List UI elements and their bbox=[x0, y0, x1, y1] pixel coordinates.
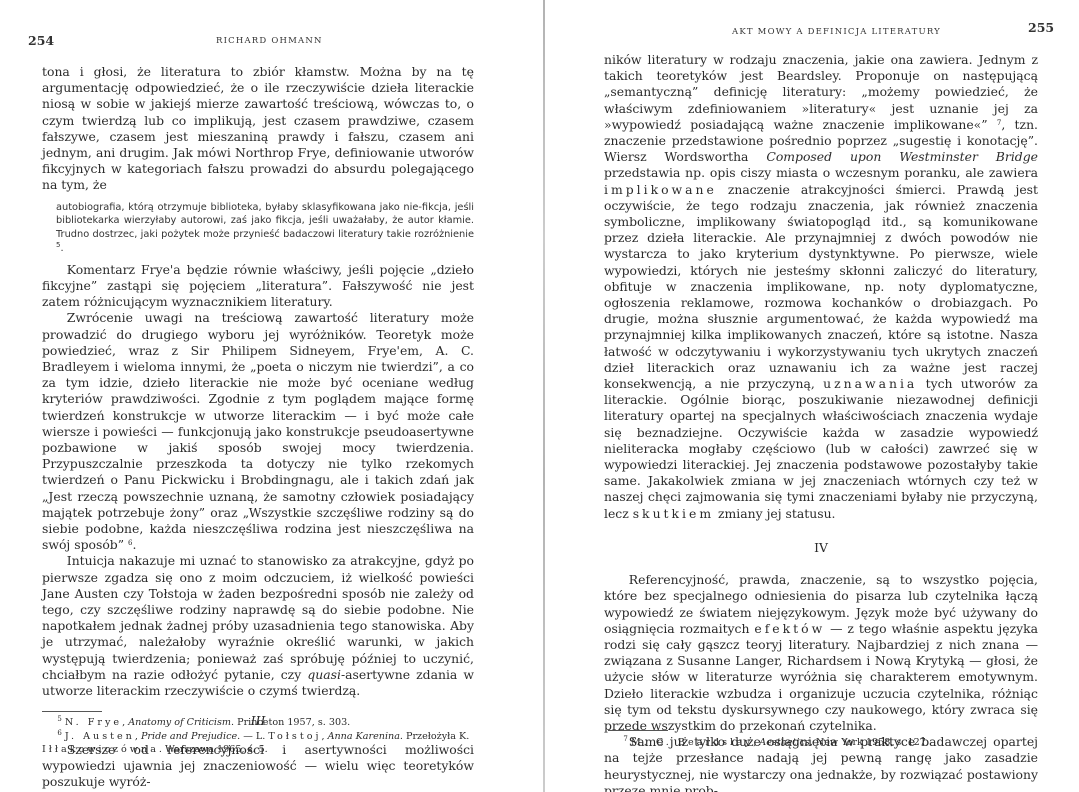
paragraph: Zwrócenie uwagi na treściową zawartość l… bbox=[42, 310, 474, 553]
footnotes: 5 N. Frye, Anatomy of Criticism. Princet… bbox=[42, 716, 474, 757]
running-head: RICHARD OHMANN bbox=[216, 36, 323, 46]
emphasized-term: efektów bbox=[754, 621, 825, 636]
footnote-title: Aesthetics bbox=[759, 737, 809, 748]
quote-text: autobiografia, którą otrzymuje bibliotek… bbox=[56, 202, 474, 241]
footnote-number: 5 bbox=[57, 715, 61, 723]
paragraph: Referencyjność, prawda, znaczenie, są to… bbox=[604, 572, 1038, 734]
paragraph-text: tych utworów za literackie. Ogólnie bior… bbox=[604, 376, 1038, 521]
paragraph-text: zmiany jej statusu. bbox=[714, 506, 835, 521]
footnote-translator: Iłłakowiczówna bbox=[42, 744, 159, 755]
paragraph: tona i głosi, że literatura to zbiór kła… bbox=[42, 64, 474, 194]
body-text: tona i głosi, że literatura to zbiór kła… bbox=[42, 64, 474, 790]
emphasized-term: implikowane bbox=[604, 182, 717, 197]
footnote-title: Pride and Prejudice bbox=[141, 731, 237, 742]
footnote-number: 7 bbox=[623, 735, 627, 743]
footnote-rule bbox=[42, 711, 102, 712]
running-head: AKT MOWY A DEFINICJA LITERATURY bbox=[732, 27, 941, 37]
footnote-text: . Warszawa 1965, s. 5. bbox=[159, 744, 268, 755]
footnote: 5 N. Frye, Anatomy of Criticism. Princet… bbox=[42, 716, 474, 730]
footnote-rule bbox=[608, 730, 668, 731]
footnote-ref[interactable]: 6 bbox=[128, 539, 132, 547]
paragraph: Komentarz Frye'a będzie równie właściwy,… bbox=[42, 262, 474, 311]
section-heading: IV bbox=[604, 540, 1038, 556]
emphasized-term: skutkiem bbox=[633, 506, 714, 521]
right-page: AKT MOWY A DEFINICJA LITERATURY 255 nikó… bbox=[540, 0, 1079, 792]
footnote-ref[interactable]: 5 bbox=[56, 241, 60, 249]
footnote-title: Anna Karenina bbox=[328, 731, 400, 742]
footnote-author: J. Austen bbox=[65, 731, 135, 742]
footnote: 6 J. Austen, Pride and Prejudice. — L. T… bbox=[42, 730, 474, 757]
footnote: 7 M. C. Beardsley, Aesthetics. New York … bbox=[608, 736, 1038, 750]
left-page: 254 RICHARD OHMANN tona i głosi, że lite… bbox=[0, 0, 540, 792]
footnote-author: N. Frye bbox=[65, 717, 122, 728]
paragraph: ników literatury w rodzaju znaczenia, ja… bbox=[604, 52, 1038, 522]
footnote-text: . New York 1958, s. 127. bbox=[810, 737, 929, 748]
footnotes: 7 M. C. Beardsley, Aesthetics. New York … bbox=[608, 736, 1038, 750]
paragraph-text: ników literatury w rodzaju znaczenia, ja… bbox=[604, 52, 1038, 132]
page-number: 254 bbox=[28, 33, 54, 48]
paragraph: Intuicja nakazuje mi uznać to stanowisko… bbox=[42, 553, 474, 699]
footnote-author: Tołstoj bbox=[268, 731, 321, 742]
footnote-text: . Princeton 1957, s. 303. bbox=[231, 717, 350, 728]
paragraph-text: przedstawia np. opis ciszy miasta o wcze… bbox=[604, 165, 1038, 180]
paragraph-text: Intuicja nakazuje mi uznać to stanowisko… bbox=[42, 553, 474, 681]
footnote-text: . — L. bbox=[237, 731, 268, 742]
paragraph-text: znaczenie atrakcyjności śmierci. Prawdą … bbox=[604, 182, 1038, 391]
paragraph-text: Zwrócenie uwagi na treściową zawartość l… bbox=[42, 310, 474, 552]
footnote-text: . Przełożyła K. bbox=[400, 731, 469, 742]
paragraph-text: — z tego właśnie aspektu języka rodzi si… bbox=[604, 621, 1038, 733]
italic-term: quasi bbox=[307, 667, 341, 682]
emphasized-term: uznawania bbox=[823, 376, 917, 391]
body-text: ników literatury w rodzaju znaczenia, ja… bbox=[604, 52, 1038, 792]
italic-title: Composed upon Westminster Bridge bbox=[766, 149, 1038, 164]
footnote-author: M. C. Beardsley bbox=[631, 737, 753, 748]
page-number: 255 bbox=[1028, 20, 1054, 35]
footnote-number: 6 bbox=[57, 729, 61, 737]
footnote-title: Anatomy of Criticism bbox=[128, 717, 231, 728]
block-quote: autobiografia, którą otrzymuje bibliotek… bbox=[56, 201, 474, 256]
